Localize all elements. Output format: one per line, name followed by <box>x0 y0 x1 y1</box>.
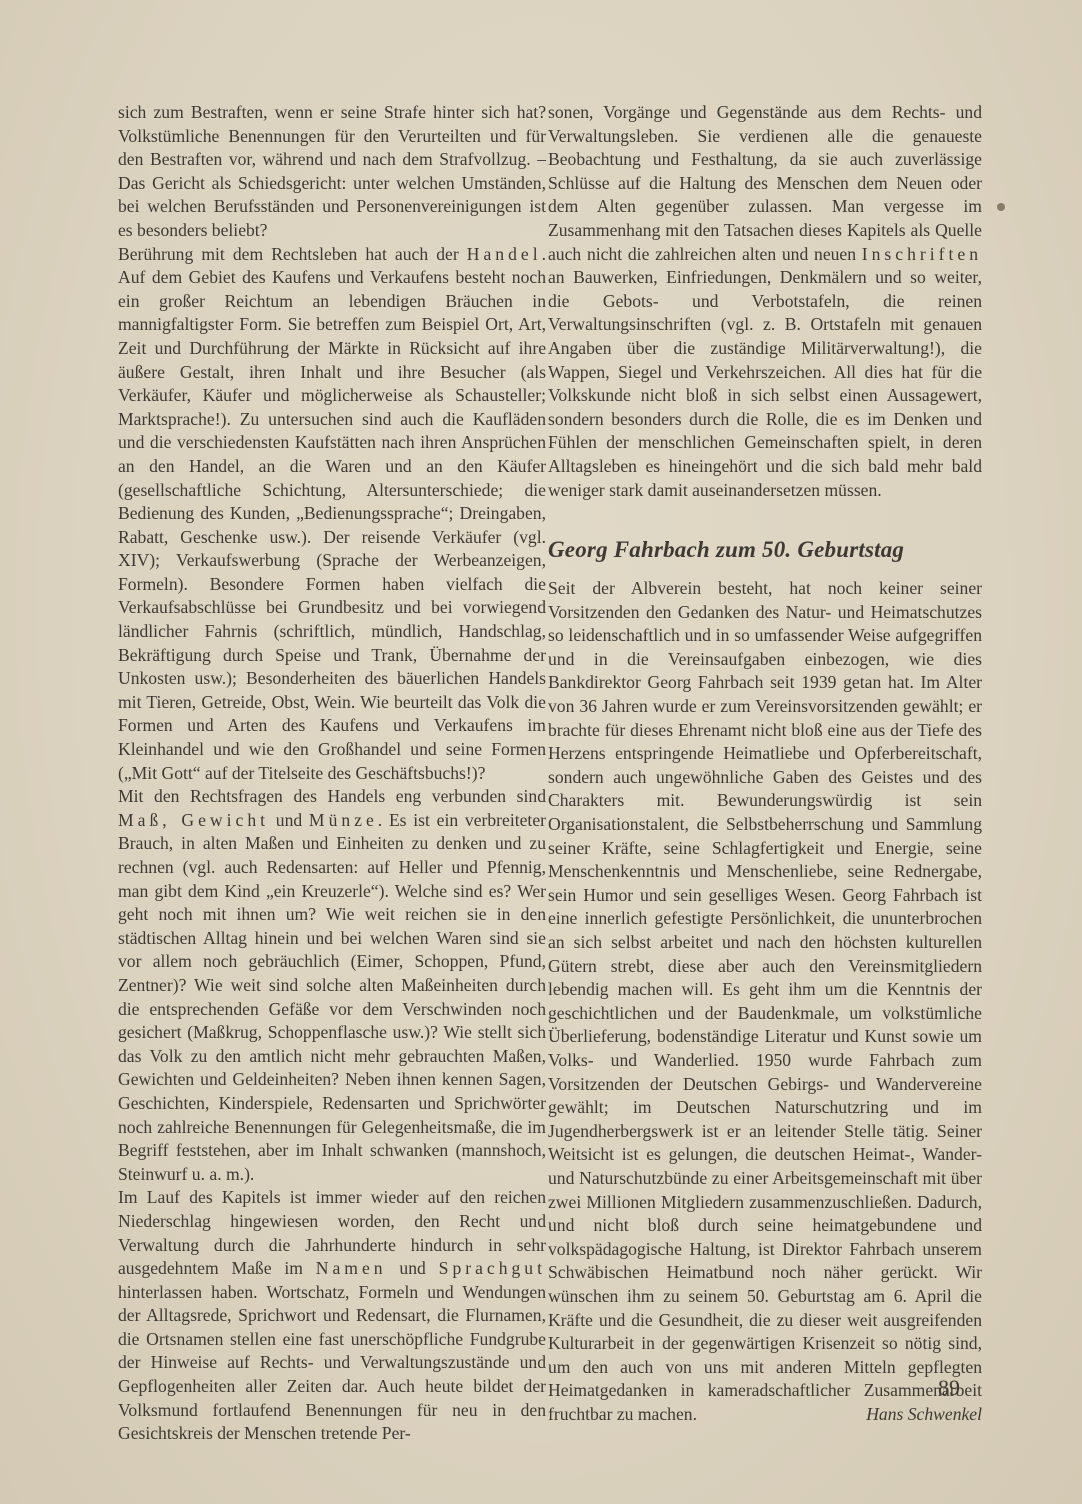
text-run: . Es ist ein verbreiteter Brauch, in alt… <box>118 810 546 1184</box>
text-run: sonen, Vorgänge und Gegenstände aus dem … <box>548 102 982 264</box>
spaced-term-muenze: Münze <box>309 810 378 830</box>
right-column: sonen, Vorgänge und Gegenstände aus dem … <box>548 101 982 1426</box>
spaced-term-namen: Namen <box>316 1258 387 1278</box>
text-run: Seit der Albverein besteht, hat noch kei… <box>548 578 982 1424</box>
spaced-term-inschriften: Inschriften <box>862 244 982 264</box>
document-page: sich zum Bestraften, wenn er seine Straf… <box>0 0 1082 1504</box>
paragraph-fahrbach: Seit der Albverein besteht, hat noch kei… <box>548 577 982 1426</box>
article-heading: Georg Fahrbach zum 50. Geburtstag <box>548 536 982 564</box>
page-number: 89 <box>938 1375 960 1401</box>
paragraph-strafvollzug: sich zum Bestraften, wenn er seine Straf… <box>118 101 546 243</box>
text-run: Mit den Rechtsfragen des Handels eng ver… <box>118 786 546 806</box>
text-run: und <box>269 810 309 830</box>
text-run: hinterlassen haben. Wortschatz, Formeln … <box>118 1282 546 1444</box>
text-run: und <box>387 1258 439 1278</box>
paragraph-handel: Berührung mit dem Rechtsleben hat auch d… <box>118 243 546 786</box>
left-column: sich zum Bestraften, wenn er seine Straf… <box>118 101 546 1446</box>
spaced-term-mass-gewicht: Maß, Gewicht <box>118 810 269 830</box>
text-run: an Bauwerken, Einfriedungen, Denkmälern … <box>548 267 982 499</box>
text-run: . Auf dem Gebiet des Kaufens und Verkauf… <box>118 244 546 783</box>
paragraph-mass-gewicht-muenze: Mit den Rechtsfragen des Handels eng ver… <box>118 785 546 1186</box>
paragraph-inschriften: sonen, Vorgänge und Gegenstände aus dem … <box>548 101 982 502</box>
spaced-term-handel: Handel <box>467 244 542 264</box>
paper-speck <box>997 203 1005 211</box>
text-run: Berührung mit dem Rechtsleben hat auch d… <box>118 244 467 264</box>
paragraph-namen-sprachgut: Im Lauf des Kapitels ist immer wieder au… <box>118 1186 546 1446</box>
author-signature: Hans Schwenkel <box>866 1403 982 1427</box>
spaced-term-sprachgut: Sprachgut <box>439 1258 546 1278</box>
